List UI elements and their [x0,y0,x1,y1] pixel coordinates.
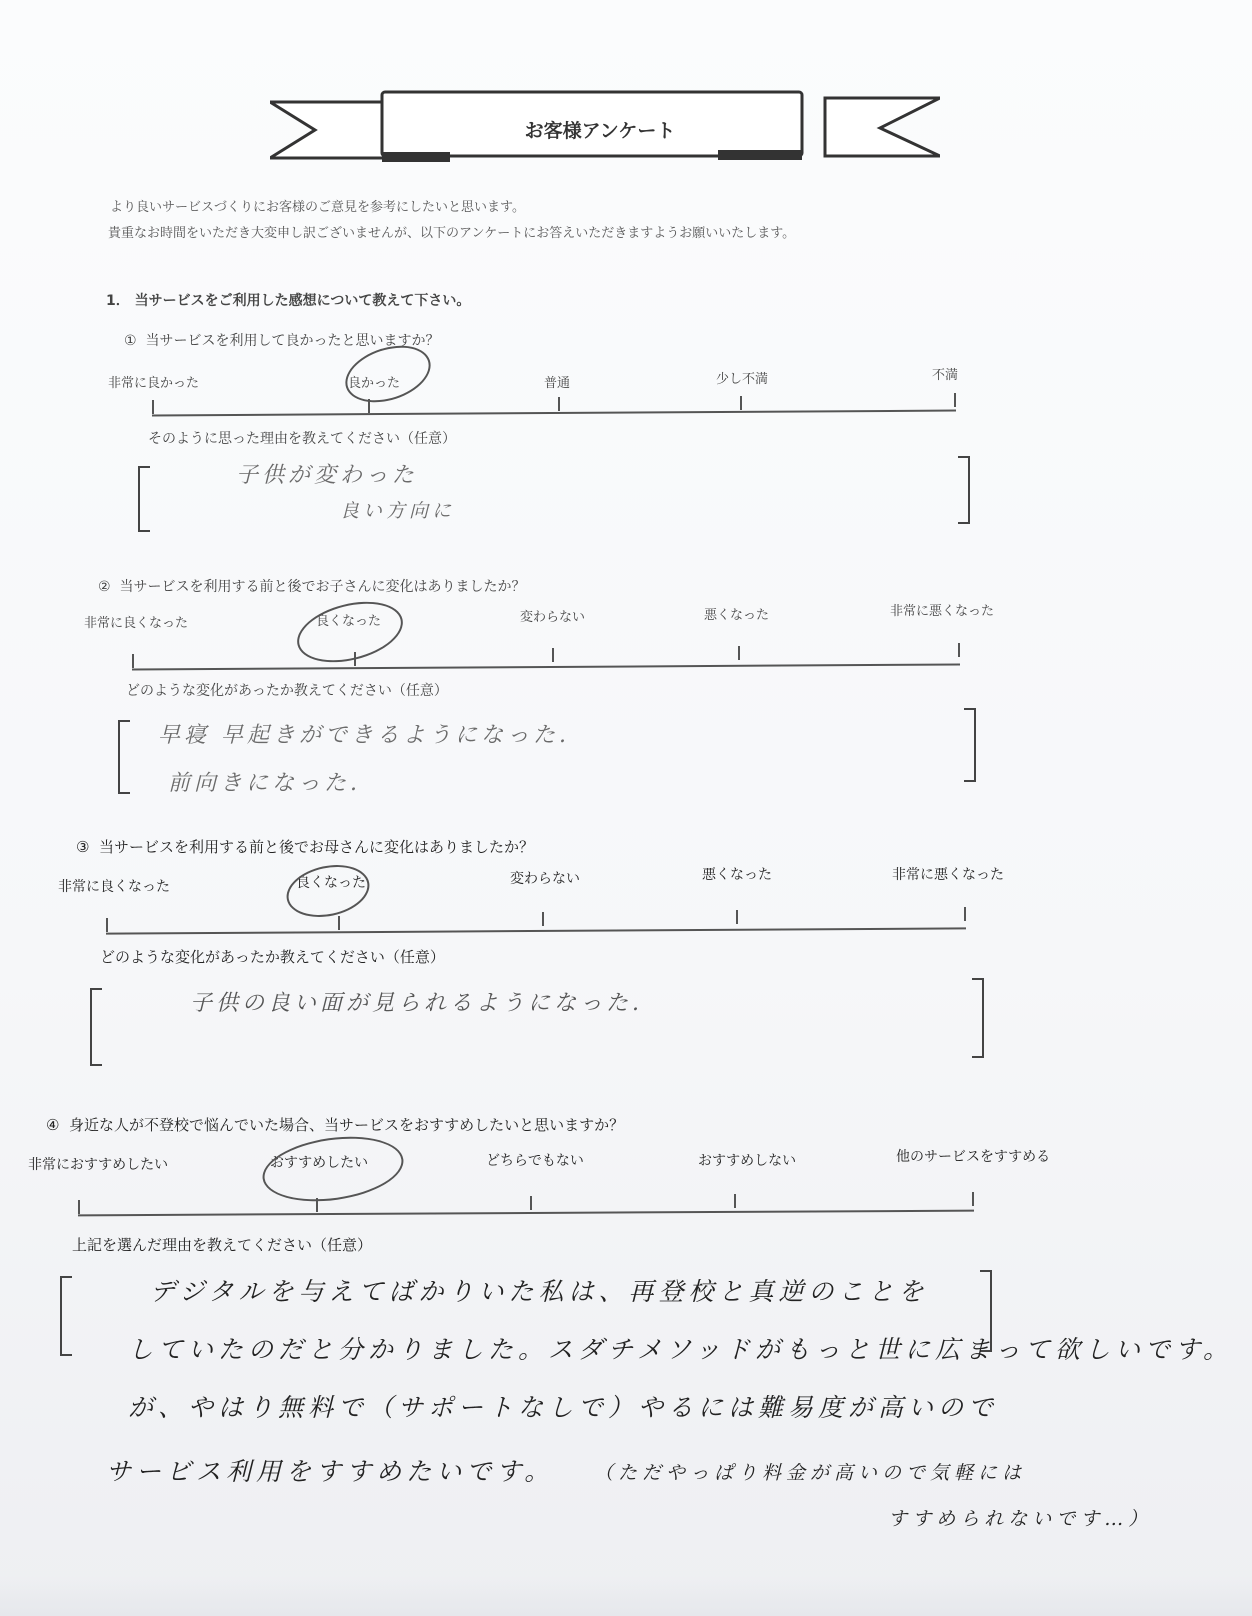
question-2-text: ② 当サービスを利用する前と後でお子さんに変化はありましたか？ [98,576,525,596]
q4-tick [78,1200,80,1214]
paper-shadow [0,1576,1252,1616]
q3-option-4[interactable]: 悪くなった [702,864,772,884]
q2-reason-label: どのような変化があったか教えてください（任意） [126,680,448,700]
q3-tick [964,907,966,921]
q3-answer-bracket-left [90,988,102,1066]
q4-answer-line-2[interactable]: していたのだと分かりました。スダチメソッドがもっと世に広まって欲しいです。 [128,1330,1233,1366]
q4-answer-bracket-left [60,1276,72,1356]
q1-answer-line-2[interactable]: 良い方向に [340,496,455,523]
q3-option-3[interactable]: 変わらない [510,868,580,888]
q3-answer-line-1[interactable]: 子供の良い面が見られるようになった. [190,986,643,1017]
q3-option-1[interactable]: 非常に良くなった [58,876,170,896]
q4-answer-line-4[interactable]: サービス利用をすすめたいです。 [106,1452,554,1488]
question-4-label: 身近な人が不登校で悩んでいた場合、当サービスをおすすめしたいと思いますか？ [69,1116,624,1134]
q1-tick [558,397,560,411]
q1-tick [740,396,742,410]
q2-answer-line-1[interactable]: 早寝 早起きができるようになった. [158,718,570,749]
question-3-number: ③ [76,838,89,856]
q1-tick [152,400,154,414]
q1-answer-bracket-right [958,456,970,524]
q3-reason-label: どのような変化があったか教えてください（任意） [100,946,445,967]
q2-option-3[interactable]: 変わらない [520,606,585,625]
q4-tick [734,1194,736,1208]
q2-tick [958,643,960,657]
q1-answer-line-1[interactable]: 子供が変わった [236,458,418,489]
survey-title: お客様アンケート [390,116,810,143]
q1-tick [954,393,956,407]
q3-tick [338,916,340,930]
survey-paper [0,0,1252,1616]
q4-tick [316,1198,318,1212]
q3-tick [736,910,738,924]
q2-option-1[interactable]: 非常に良くなった [84,612,188,631]
question-2-number: ② [98,579,111,595]
q4-answer-line-1[interactable]: デジタルを与えてばかりいた私は、再登校と真逆のことを [150,1272,929,1308]
q2-answer-bracket-right [964,708,976,782]
q1-option-5[interactable]: 不満 [932,364,958,383]
q4-option-5[interactable]: 他のサービスをすすめる [896,1146,1050,1166]
q3-tick [106,918,108,932]
question-3-label: 当サービスを利用する前と後でお母さんに変化はありましたか？ [99,838,534,856]
q4-option-4[interactable]: おすすめしない [698,1150,796,1170]
q4-reason-label: 上記を選んだ理由を教えてください（任意） [72,1234,372,1255]
question-4-number: ④ [46,1116,59,1134]
intro-line-2: 貴重なお時間をいただき大変申し訳ございませんが、以下のアンケートにお答えいただき… [108,222,795,241]
q1-option-1[interactable]: 非常に良かった [108,372,199,391]
q2-tick [552,648,554,662]
question-1-number: ① [124,333,137,349]
title-banner: お客様アンケート [270,90,940,170]
q1-option-3[interactable]: 普通 [544,372,570,391]
q4-tick [972,1192,974,1206]
q1-answer-bracket-left [138,466,150,532]
q1-reason-label: そのように思った理由を教えてください（任意） [148,428,456,448]
q3-option-5[interactable]: 非常に悪くなった [892,864,1004,884]
question-3-text: ③ 当サービスを利用する前と後でお母さんに変化はありましたか？ [76,836,534,857]
q2-tick [354,652,356,666]
q2-option-4[interactable]: 悪くなった [704,604,769,623]
q1-tick [368,399,370,413]
q3-answer-bracket-right [972,978,984,1058]
q4-option-1[interactable]: 非常におすすめしたい [28,1154,168,1174]
q2-tick [738,646,740,660]
q1-option-4[interactable]: 少し不満 [716,368,768,387]
q4-option-3[interactable]: どちらでもない [486,1150,584,1170]
q3-tick [542,912,544,926]
question-2-label: 当サービスを利用する前と後でお子さんに変化はありましたか？ [119,579,525,595]
q4-tick [530,1196,532,1210]
q2-option-5[interactable]: 非常に悪くなった [890,600,994,619]
intro-line-1: より良いサービスづくりにお客様のご意見を参考にしたいと思います。 [110,196,525,215]
q4-answer-line-3[interactable]: が、やはり無料で（サポートなしで）やるには難易度が高いので [128,1388,998,1424]
q2-answer-bracket-left [118,720,130,794]
section-1-title: 1． 当サービスをご利用した感想について教えて下さい。 [106,290,470,310]
q4-answer-line-6[interactable]: すすめられないです…） [888,1504,1152,1531]
q4-answer-line-5[interactable]: （ただやっぱり料金が高いので気軽には [594,1458,1026,1485]
q2-answer-line-2[interactable]: 前向きになった. [168,766,361,797]
question-4-text: ④ 身近な人が不登校で悩んでいた場合、当サービスをおすすめしたいと思いますか？ [46,1114,624,1135]
q2-tick [132,654,134,668]
